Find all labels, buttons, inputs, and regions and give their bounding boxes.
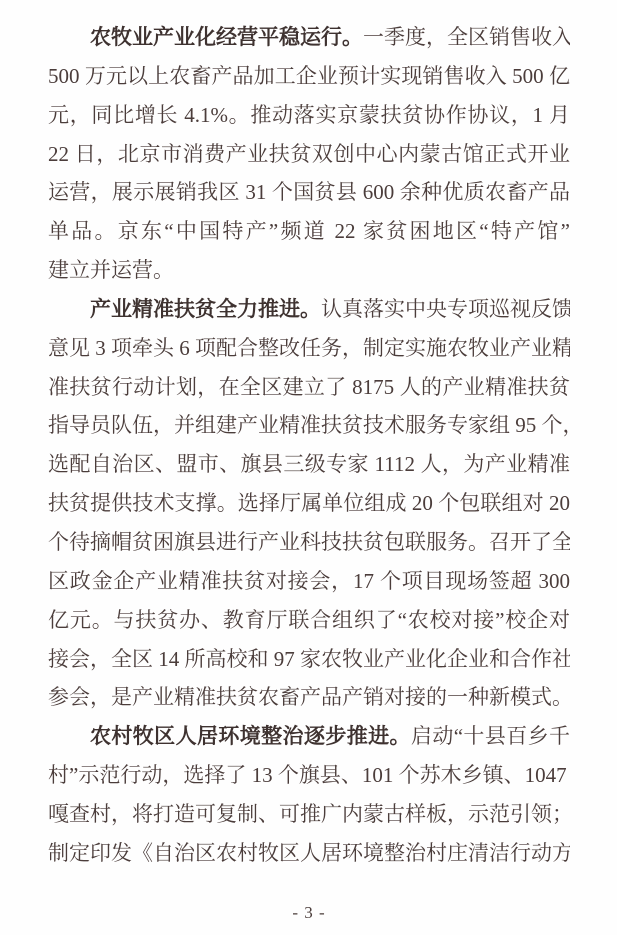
- text-line: 选配自治区、盟市、旗县三级专家 1112 人，为产业精准: [48, 445, 570, 484]
- paragraph-text: 认真落实中央专项巡视反馈: [321, 297, 570, 321]
- document-body: 农牧业产业化经营平稳运行。一季度，全区销售收入500 万元以上农畜产品加工企业预…: [48, 18, 570, 873]
- text-line: 运营，展示展销我区 31 个国贫县 600 余种优质农畜产品: [48, 173, 570, 212]
- text-line: 接会，全区 14 所高校和 97 家农牧业产业化企业和合作社: [48, 640, 570, 679]
- text-line: 参会，是产业精准扶贫农畜产品产销对接的一种新模式。: [48, 678, 570, 717]
- text-line: 500 万元以上农畜产品加工企业预计实现销售收入 500 亿: [48, 57, 570, 96]
- paragraph-text: 启动“十县百乡千: [411, 724, 570, 748]
- text-line: 元，同比增长 4.1%。推动落实京蒙扶贫协作协议，1 月: [48, 96, 570, 135]
- text-line: 村”示范行动，选择了 13 个旗县、101 个苏木乡镇、1047 个: [48, 756, 570, 795]
- text-line: 农村牧区人居环境整治逐步推进。启动“十县百乡千: [48, 717, 570, 756]
- paragraph-text: 一季度，全区销售收入: [363, 25, 570, 49]
- text-line: 制定印发《自治区农村牧区人居环境整治村庄清洁行动方: [48, 834, 570, 873]
- document-page: 农牧业产业化经营平稳运行。一季度，全区销售收入500 万元以上农畜产品加工企业预…: [0, 0, 617, 935]
- text-line: 指导员队伍，并组建产业精准扶贫技术服务专家组 95 个，: [48, 406, 570, 445]
- text-line: 建立并运营。: [48, 251, 570, 290]
- text-line: 亿元。与扶贫办、教育厅联合组织了“农校对接”校企对: [48, 601, 570, 640]
- paragraph-lead: 农牧业产业化经营平稳运行。: [90, 25, 363, 49]
- text-line: 扶贫提供技术支撑。选择厅属单位组成 20 个包联组对 20: [48, 484, 570, 523]
- text-line: 单品。京东“中国特产”频道 22 家贫困地区“特产馆”: [48, 212, 570, 251]
- paragraph-lead: 产业精准扶贫全力推进。: [90, 297, 321, 321]
- text-line: 嘎查村，将打造可复制、可推广内蒙古样板，示范引领；: [48, 795, 570, 834]
- text-line: 22 日，北京市消费产业扶贫双创中心内蒙古馆正式开业: [48, 135, 570, 174]
- text-line: 个待摘帽贫困旗县进行产业科技扶贫包联服务。召开了全: [48, 523, 570, 562]
- text-line: 意见 3 项牵头 6 项配合整改任务，制定实施农牧业产业精: [48, 329, 570, 368]
- text-line: 农牧业产业化经营平稳运行。一季度，全区销售收入: [48, 18, 570, 57]
- page-number: - 3 -: [48, 902, 570, 923]
- text-line: 区政金企产业精准扶贫对接会，17 个项目现场签超 300: [48, 562, 570, 601]
- paragraph-lead: 农村牧区人居环境整治逐步推进。: [90, 724, 411, 748]
- text-line: 准扶贫行动计划，在全区建立了 8175 人的产业精准扶贫: [48, 368, 570, 407]
- text-line: 产业精准扶贫全力推进。认真落实中央专项巡视反馈: [48, 290, 570, 329]
